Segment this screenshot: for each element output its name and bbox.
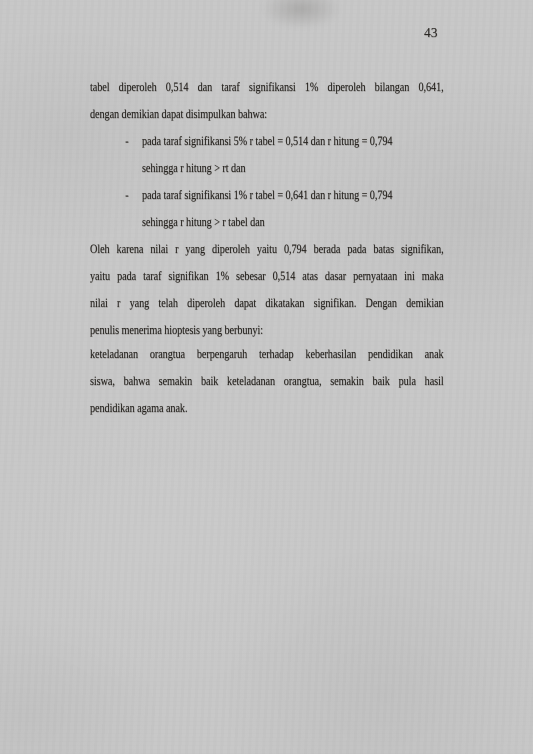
body-line: siswa, bahwa semakin baik keteladanan or… — [90, 368, 444, 395]
bullet-line-text: pada taraf signifikansi 1% r tabel = 0,6… — [142, 188, 392, 202]
body-line: keteladanan orangtua berpengaruh terhada… — [90, 341, 444, 368]
page-number: 43 — [424, 25, 438, 41]
body-line: nilai r yang telah diperoleh dapat dikat… — [90, 290, 444, 317]
bullet-continuation-line: sehingga r hitung > rt dan — [90, 155, 444, 182]
bullet-line-text: pada taraf signifikansi 5% r tabel = 0,5… — [142, 134, 392, 148]
body-line: penulis menerima hioptesis yang berbunyi… — [90, 317, 444, 344]
bullet-dash: - — [125, 182, 128, 209]
scan-smudge — [262, 0, 340, 28]
body-line: Oleh karena nilai r yang diperoleh yaitu… — [90, 236, 444, 263]
body-line: tabel diperoleh 0,514 dan taraf signifik… — [90, 74, 444, 101]
bullet-dash: - — [125, 128, 128, 155]
body-line: pendidikan agama anak. — [90, 395, 444, 422]
scanned-document-page: 43 tabel diperoleh 0,514 dan taraf signi… — [0, 0, 533, 754]
body-text-block: tabel diperoleh 0,514 dan taraf signifik… — [90, 74, 444, 422]
body-line: yaitu pada taraf signifikan 1% sebesar 0… — [90, 263, 444, 290]
bullet-line-text: sehingga r hitung > rt dan — [142, 161, 246, 175]
bullet-line-text: sehingga r hitung > r tabel dan — [142, 215, 265, 229]
body-line: dengan demikian dapat disimpulkan bahwa: — [90, 101, 444, 128]
bullet-item-line: -pada taraf signifikansi 5% r tabel = 0,… — [90, 128, 444, 155]
bullet-continuation-line: sehingga r hitung > r tabel dan — [90, 209, 444, 236]
bullet-item-line: -pada taraf signifikansi 1% r tabel = 0,… — [90, 182, 444, 209]
